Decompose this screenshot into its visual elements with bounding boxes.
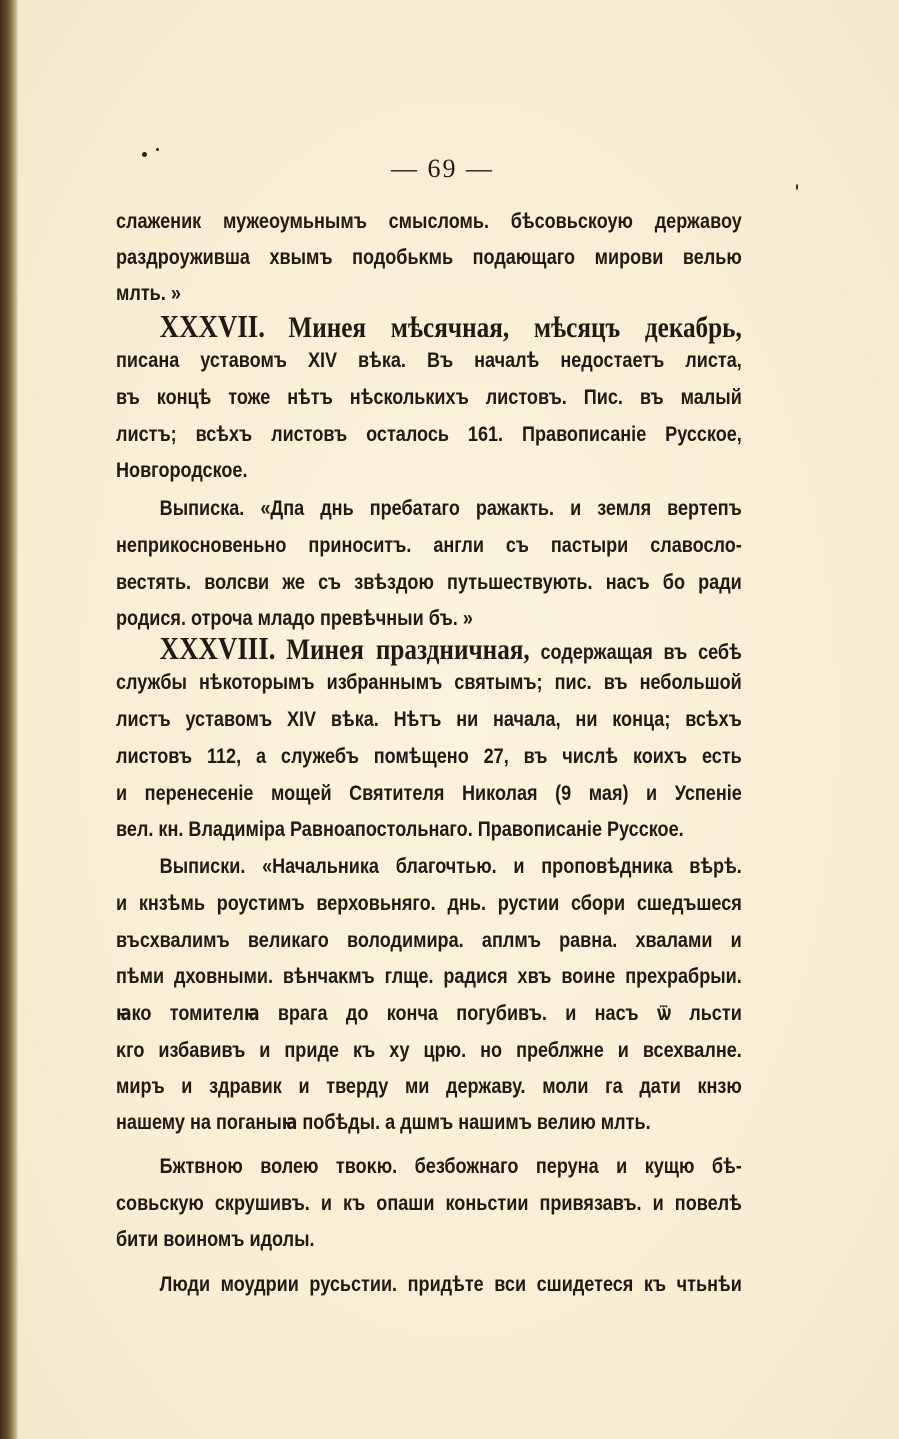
excerpt-line: неприкосновеньно приноситъ. англи съ пас… — [116, 531, 742, 559]
text-line: службы нѣкоторымъ избраннымъ святымъ; пи… — [116, 668, 742, 696]
entry-number: XXXVIII. — [160, 630, 276, 666]
excerpt-line: нашему на поганыꙗ побѣды. а дшмъ нашимъ … — [116, 1108, 742, 1136]
excerpt-line: Выписка. «Дпа днь пребатаго ражакть. и з… — [160, 494, 742, 522]
excerpt-line: вестять. волсви же съ звѣздою путьшеству… — [116, 568, 742, 596]
text-line: вел. кн. Владимiра Равноапостольнаго. Пр… — [116, 815, 742, 843]
text-line: и перенесенiе мощей Святителя Николая (9… — [116, 779, 742, 807]
text-line: Новгородское. — [116, 456, 742, 484]
text-line: млть. » — [116, 279, 742, 307]
entry-number: XXXVII. — [160, 308, 265, 344]
excerpt-line: миръ и здравик и тверду ми державу. моли… — [116, 1072, 742, 1100]
ink-speck — [796, 184, 798, 190]
text-line: раздроуживша хвымъ подобьκмь подающаго м… — [116, 243, 742, 271]
excerpt-line: совьскую скрушивъ. и къ опаши коньстии п… — [116, 1189, 742, 1217]
text-line: листъ уставомъ XIV вѣка. Нѣтъ ни начала,… — [116, 705, 742, 733]
page-number: — 69 — — [2, 154, 883, 184]
entry-title-rest: содержащая въ себѣ — [541, 640, 742, 664]
excerpt-line: ꙗко томителꙗ врага до конча погубивъ. и … — [116, 999, 742, 1027]
text-line: листовъ 112, а служебъ помѣщено 27, въ ч… — [116, 742, 742, 770]
ink-speck — [156, 148, 159, 151]
excerpt-line: Бжтвною волею твоκю. безбожнаго перуна и… — [160, 1152, 742, 1180]
excerpt-line: и кнзѣмь роустимъ верховьняго. днь. руст… — [116, 889, 742, 917]
entry-heading-xxxviii: XXXVIII. Минея праздничная, содержащая в… — [160, 628, 742, 668]
excerpt-line: κго избавивъ и приде къ ху црю. но пребл… — [116, 1036, 742, 1064]
excerpt-line: пѣми дховными. вѣнчаκмъ глще. радися хвъ… — [116, 962, 742, 990]
excerpt-line: Выписки. «Начальника благочтью. и пропов… — [160, 852, 742, 880]
excerpt-line: въсхвалимъ великаго володимира. аплмъ ра… — [116, 926, 742, 954]
text-line: писана уставомъ XIV вѣка. Въ началѣ недо… — [116, 346, 742, 374]
text-line: слаженик мужеоумьнымъ смысломь. бѣсовьск… — [116, 207, 742, 235]
book-spine-edge — [0, 0, 18, 1439]
text-line: листъ; всѣхъ листовъ осталось 161. Право… — [116, 420, 742, 448]
book-page: — 69 — слаженик мужеоумьнымъ смысломь. б… — [18, 0, 899, 1439]
text-line: въ концѣ тоже нѣтъ нѣсколькихъ листовъ. … — [116, 383, 742, 411]
entry-heading-xxxvii: XXXVII. Минея мѣсячная, мѣсяцъ декабрь, — [160, 306, 742, 346]
excerpt-line: Люди моудрии русьстии. придѣте вси сшиде… — [160, 1270, 742, 1298]
entry-title: Минея мѣсячная, мѣсяцъ декабрь, — [288, 311, 741, 344]
excerpt-line: бити воиномъ идолы. — [116, 1225, 742, 1253]
entry-title: Минея праздничная, — [286, 633, 530, 666]
